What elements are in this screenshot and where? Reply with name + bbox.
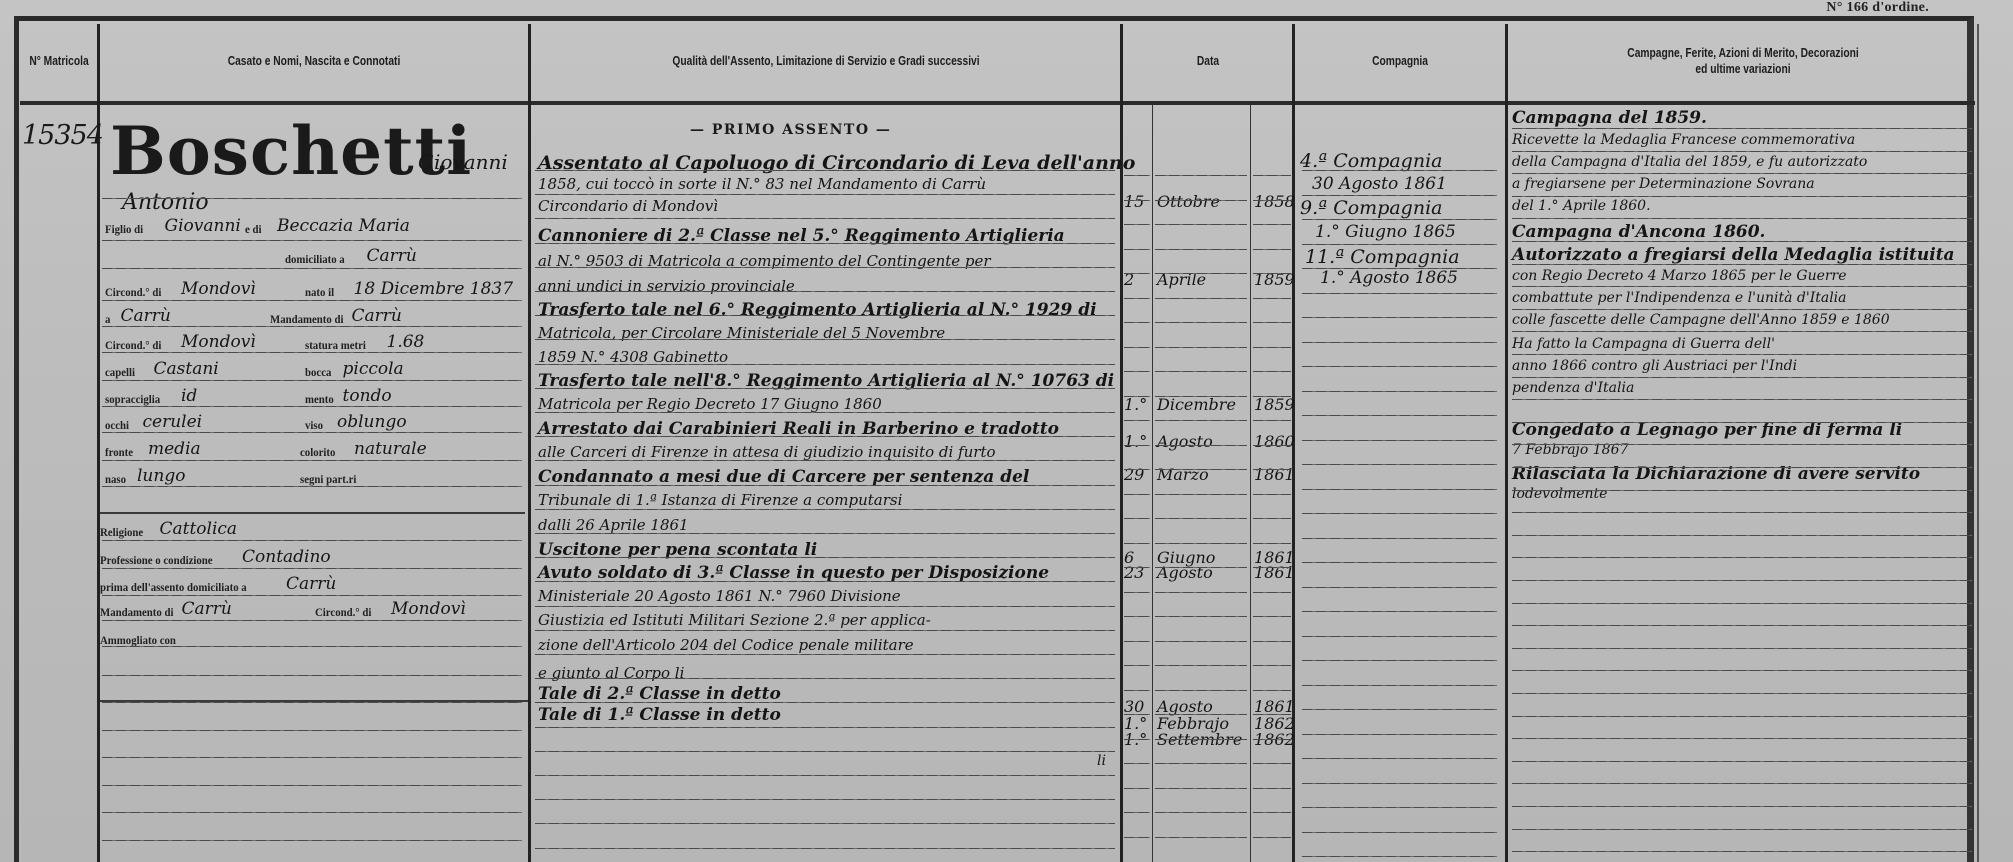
campagne-line: Campagna d'Ancona 1860. [1512,222,1765,242]
primo-assento-title: — PRIMO ASSENTO — [690,122,891,138]
ruled-line [535,654,1115,655]
ruled-line [1155,175,1247,176]
date-day: 1.° [1124,730,1147,749]
ruled-line [1124,200,1150,201]
ruled-line [535,291,1115,292]
register-page: N° 166 d'ordine. N° Matricola Casato e N… [0,0,2013,862]
date-day: 23 [1124,563,1144,582]
field-value-mento: tondo [343,386,392,406]
ruled-line [1302,489,1497,490]
field-value-circond2: Mondovì [181,332,256,352]
field-label-mandamento: Mandamento di [270,312,344,327]
ruled-line [1155,543,1247,544]
ruled-line [1512,670,1972,671]
field-value-sopracciglia: id [181,386,197,406]
field-value-viso: oblungo [337,412,407,432]
ruled-line [1124,567,1150,568]
ruled-line [1512,173,1972,174]
field-label-statura: statura metri [305,338,366,353]
ruled-line [1253,445,1291,446]
ruled-line [102,460,522,461]
ruled-line [1302,832,1497,833]
date-month: Agosto [1157,563,1213,582]
ruled-line [102,646,522,647]
ruled-line [535,485,1115,486]
ruled-line [1302,685,1497,686]
ruled-line [1124,469,1150,470]
ruled-line [1155,690,1247,691]
ruled-line [1155,812,1247,813]
field-value-mother: Beccazia Maria [277,216,410,236]
ruled-line [535,460,1115,461]
ruled-line [1124,518,1150,519]
ruled-line [1155,518,1247,519]
date-day: 15 [1124,192,1144,211]
date-month: Settembre [1157,730,1242,749]
ruled-line [1512,716,1972,717]
ruled-line [102,595,522,596]
ruled-line [535,775,1115,776]
ruled-line [1155,788,1247,789]
ruled-line [1155,420,1247,421]
ruled-line [1155,665,1247,666]
ruled-line [102,757,522,758]
ruled-line [1512,354,1972,355]
ruled-line [1155,641,1247,642]
ruled-line [1155,445,1247,446]
ruled-line [535,243,1115,244]
service-line: 1858, cui toccò in sorte il N.° 83 nel M… [538,175,986,193]
ruled-line [1124,763,1150,764]
ruled-line [1124,739,1150,740]
field-label-circond: Circond.° di [105,285,161,300]
ruled-line [1302,219,1497,220]
ruled-line [1253,396,1291,397]
ruled-line [102,702,522,703]
inner-right-border [1977,24,1979,862]
field-label-circond3: Circond.° di [315,605,371,620]
field-label-naso: naso [105,472,126,487]
field-value-colorito: naturale [354,439,427,459]
ruled-line [1512,286,1972,287]
ruled-line [1512,241,1972,242]
ruled-line [1253,322,1291,323]
header-campagne: Campagne, Ferite, Azioni di Merito, Deco… [1550,22,1935,100]
ruled-line [1302,464,1497,465]
ruled-line [535,436,1115,437]
field-value-fronte: media [148,439,201,459]
ruled-line [1512,512,1972,513]
ruled-line [535,581,1115,582]
ruled-line [1512,557,1972,558]
campagne-line: combattute per l'Indipendenza e l'unità … [1512,290,1847,306]
ruled-line [100,700,528,702]
col-divider [1120,24,1123,862]
ruled-line [1253,347,1291,348]
ruled-line [102,406,522,407]
ruled-line [1155,494,1247,495]
ruled-line [1512,761,1972,762]
service-line: Tribunale di 1.ª Istanza di Firenze a co… [538,491,902,509]
ruled-line [535,799,1115,800]
ruled-line [1302,342,1497,343]
service-line: Matricola per Regio Decreto 17 Giugno 18… [538,395,882,413]
service-line: Tale di 2.ª Classe in detto [538,684,781,704]
ruled-line [1253,739,1291,740]
given-name-1: Giovanni [418,150,508,174]
ruled-line [1302,611,1497,612]
header-casato: Casato e Nomi, Nascita e Connotati [139,22,490,100]
campagne-line: pendenza d'Italia [1512,380,1634,396]
ruled-line [1124,396,1150,397]
campagne-line: Campagna del 1859. [1512,108,1707,128]
ruled-line [1253,616,1291,617]
given-name-2: Antonio [122,190,209,215]
ruled-line [1253,665,1291,666]
ruled-line [1302,660,1497,661]
service-line: Circondario di Mondovì [538,197,718,215]
ruled-line [535,218,1115,219]
ruled-line [1124,273,1150,274]
ruled-line [1155,273,1247,274]
ruled-line [1155,200,1247,201]
col-divider [528,24,531,862]
service-line: Avuto soldato di 3.ª Classe in questo pe… [538,563,1049,583]
field-label-professione: Professione o condizione [100,553,213,568]
ruled-line [1512,264,1972,265]
ruled-line [1302,783,1497,784]
ruled-line [535,823,1115,824]
ruled-line [535,339,1115,340]
ruled-line [1302,415,1497,416]
ruled-line [1124,812,1150,813]
field-label-prima: prima dell'assento domiciliato a [100,580,247,595]
ruled-line [1253,592,1291,593]
ruled-line [535,194,1115,195]
ruled-line [102,675,522,676]
ruled-line [1155,396,1247,397]
ruled-line [1124,175,1150,176]
date-day-divider [1152,105,1153,862]
field-label-father: Figlio di [105,222,143,237]
ruled-line [1512,648,1972,649]
ruled-line [535,509,1115,510]
compagnia-line: 9.ª Compagnia [1300,197,1442,219]
field-value-naso: lungo [137,466,185,486]
service-line: Giustizia ed Istituti Militari Sezione 2… [538,611,931,629]
trailing-li: li [1097,753,1106,769]
ruled-line [1253,641,1291,642]
ruled-line [1124,249,1150,250]
ruled-line [1253,200,1291,201]
ruled-line [1155,616,1247,617]
ruled-line [535,267,1115,268]
service-line: anni undici in servizio provinciale [538,277,795,295]
header-rule [20,101,1975,105]
ruled-line [1253,371,1291,372]
ruled-line [1253,249,1291,250]
ruled-line [1512,580,1972,581]
field-label-colorito: colorito [300,445,335,460]
ruled-line [1512,806,1972,807]
campagne-line: con Regio Decreto 4 Marzo 1865 per le Gu… [1512,268,1847,284]
ruled-line [1302,366,1497,367]
ruled-line [102,730,522,731]
ruled-line [535,557,1115,558]
ruled-line [1253,690,1291,691]
header-data: Data [1138,22,1277,100]
campagne-line: anno 1866 contro gli Austriaci per l'Ind… [1512,358,1797,374]
ruled-line [1124,224,1150,225]
ruled-line [102,432,522,433]
field-label-bocca: bocca [305,365,331,380]
header-compagnia: Compagnia [1314,22,1486,100]
field-value-circond: Mondovì [181,279,256,299]
date-year: 1861 [1254,563,1295,582]
field-label-mento: mento [305,392,334,407]
ruled-line [1253,788,1291,789]
campagne-line: Ha fatto la Campagna di Guerra dell' [1512,336,1775,352]
ruled-line [1124,494,1150,495]
ruled-line [535,848,1115,849]
ruled-line [1124,714,1150,715]
field-label-luogo: a [105,312,110,327]
ruled-line [1155,739,1247,740]
ruled-line [1512,783,1972,784]
field-value-capelli: Castani [154,359,219,379]
compagnia-line: 11.ª Compagnia [1305,246,1460,268]
ruled-line [535,364,1115,365]
ruled-line [1124,690,1150,691]
ruled-line [1155,469,1247,470]
ruled-line [1253,273,1291,274]
ruled-line [1155,298,1247,299]
ruled-line [1302,195,1497,196]
compagnia-line: 1.° Agosto 1865 [1320,268,1458,288]
ruled-line [1512,444,1972,445]
ruled-line [1512,331,1972,332]
ruled-line [102,198,522,199]
ruled-line [1302,758,1497,759]
ruled-line [1124,420,1150,421]
ruled-line [102,620,522,621]
ruled-line [1302,856,1497,857]
field-label-circond2: Circond.° di [105,338,161,353]
ruled-line [1155,592,1247,593]
ruled-line [1512,603,1972,604]
ruled-line [535,630,1115,631]
ruled-line [102,486,522,487]
ruled-line [1302,268,1497,269]
ruled-line [1124,616,1150,617]
ruled-line [102,840,522,841]
ruled-line [1253,224,1291,225]
ruled-line [535,727,1115,728]
ruled-line [1302,636,1497,637]
ruled-line [1302,587,1497,588]
ruled-line [1512,151,1972,152]
ruled-line [1302,440,1497,441]
ruled-line [1253,298,1291,299]
campagne-line: Autorizzato a fregiarsi della Medaglia i… [1512,245,1955,265]
field-label-mother: e di [245,222,262,237]
ruled-line [1155,714,1247,715]
header-campagne-line1: Campagne, Ferite, Azioni di Merito, Deco… [1627,45,1858,61]
ruled-line [1512,128,1972,129]
campagne-line: lodevolmente [1512,486,1607,502]
date-year: 1861 [1254,465,1295,484]
ruled-line [1302,391,1497,392]
ruled-line [1155,322,1247,323]
ruled-line [102,380,522,381]
ruled-line [1124,371,1150,372]
field-label-segni: segni part.ri [300,472,356,487]
field-label-domiciliato: domiciliato a [285,252,345,267]
campagne-line: a fregiarsene per Determinazione Sovrana [1512,176,1815,192]
matricola-number: 15354 [22,120,103,151]
ruled-line [1253,420,1291,421]
field-value-occhi: cerulei [143,412,203,432]
campagne-line: colle fascette delle Campagne dell'Anno … [1512,312,1890,328]
ruled-line [1512,196,1972,197]
ruled-line [102,268,522,269]
ruled-line [1512,309,1972,310]
ruled-line [1302,538,1497,539]
ruled-line [1155,347,1247,348]
ruled-line [1124,445,1150,446]
ruled-line [1124,298,1150,299]
ruled-line [102,240,522,241]
field-value-religione: Cattolica [160,519,238,539]
compagnia-line: 4.ª Compagnia [1300,150,1442,172]
ruled-line [1253,518,1291,519]
ruled-line [102,540,522,541]
field-value-mand2: Carrù [182,599,232,619]
ruled-line [1512,829,1972,830]
ruled-line [102,352,522,353]
field-label-fronte: fronte [105,445,133,460]
ruled-line [1302,317,1497,318]
ruled-line [1124,641,1150,642]
ruled-line [1302,293,1497,294]
date-month: Dicembre [1157,395,1236,414]
ruled-line [535,702,1115,703]
ruled-line [1124,592,1150,593]
ruled-line [1155,837,1247,838]
ruled-line [1253,494,1291,495]
ruled-line [1512,535,1972,536]
date-month: Marzo [1157,465,1209,484]
ruled-line [1253,567,1291,568]
ruled-line [1253,812,1291,813]
field-value-bocca: piccola [343,359,404,379]
ruled-line [102,326,522,327]
date-year: 1860 [1254,432,1295,451]
date-year: 1858 [1254,192,1295,211]
ruled-line [1253,469,1291,470]
field-value-professione: Contadino [242,547,331,567]
ruled-line [1253,543,1291,544]
ruled-line [102,568,522,569]
ruled-line [1155,763,1247,764]
campagne-line: Congedato a Legnago per fine di ferma li [1512,420,1902,440]
compagnia-line: 1.° Giugno 1865 [1315,222,1456,242]
field-value-mandamento: Carrù [352,306,402,326]
service-line: e giunto al Corpo li [538,664,684,682]
order-number: N° 166 d'ordine. [1826,0,1929,16]
ruled-line [535,315,1115,316]
field-value-father: Giovanni [165,216,241,236]
date-day: 1.° [1124,395,1147,414]
ruled-line [1302,562,1497,563]
ruled-line [1253,763,1291,764]
date-year: 1859 [1254,395,1295,414]
ruled-line [1512,851,1972,852]
field-label-viso: viso [305,418,323,433]
date-month: Agosto [1157,432,1213,451]
campagne-line: della Campagna d'Italia del 1859, e fu a… [1512,154,1867,170]
service-line: Ministeriale 20 Agosto 1861 N.° 7960 Div… [538,587,901,605]
ruled-line [1124,347,1150,348]
ruled-line [1155,567,1247,568]
ruled-line [1302,807,1497,808]
ruled-line [1155,249,1247,250]
field-value-domiciliato: Carrù [367,246,417,266]
field-label-mand2: Mandamento di [100,605,174,620]
service-line: Tale di 1.ª Classe in detto [538,705,781,725]
field-value-circond3: Mondovì [391,599,466,619]
ruled-line [535,412,1115,413]
service-line: zione dell'Articolo 204 del Codice penal… [538,636,914,654]
ruled-line [1124,322,1150,323]
ruled-line [1512,467,1972,468]
field-value-luogo: Carrù [121,306,171,326]
ruled-line [535,678,1115,679]
ruled-line [1512,377,1972,378]
ruled-line [535,606,1115,607]
ruled-line [1512,422,1972,423]
field-label-occhi: occhi [105,418,129,433]
field-label-religione: Religione [100,525,143,540]
ruled-line [1512,490,1972,491]
campagne-line: Ricevette la Medaglia Francese commemora… [1512,132,1855,148]
ruled-line [100,512,525,514]
header-qualita: Qualità dell'Assento, Limitazione di Ser… [584,22,1068,100]
ruled-line [1155,371,1247,372]
field-value-nato: 18 Dicembre 1837 [354,279,514,299]
date-day: 1.° [1124,432,1147,451]
ruled-line [1302,734,1497,735]
ruled-line [1512,738,1972,739]
ruled-line [1512,625,1972,626]
ruled-line [1302,513,1497,514]
service-line: alle Carceri di Firenze in attesa di giu… [538,443,996,461]
ruled-line [1253,175,1291,176]
ruled-line [1253,837,1291,838]
ruled-line [1302,709,1497,710]
ruled-line [1124,543,1150,544]
date-year-divider [1250,105,1251,862]
date-day: 29 [1124,465,1144,484]
ruled-line [1302,244,1497,245]
field-label-sopracciglia: sopracciglia [105,392,160,407]
col-divider [1505,24,1508,862]
ruled-line [1155,224,1247,225]
ruled-line [535,170,1115,171]
field-value-prima: Carrù [286,574,336,594]
field-value-statura: 1.68 [387,332,425,352]
ruled-line [535,751,1115,752]
